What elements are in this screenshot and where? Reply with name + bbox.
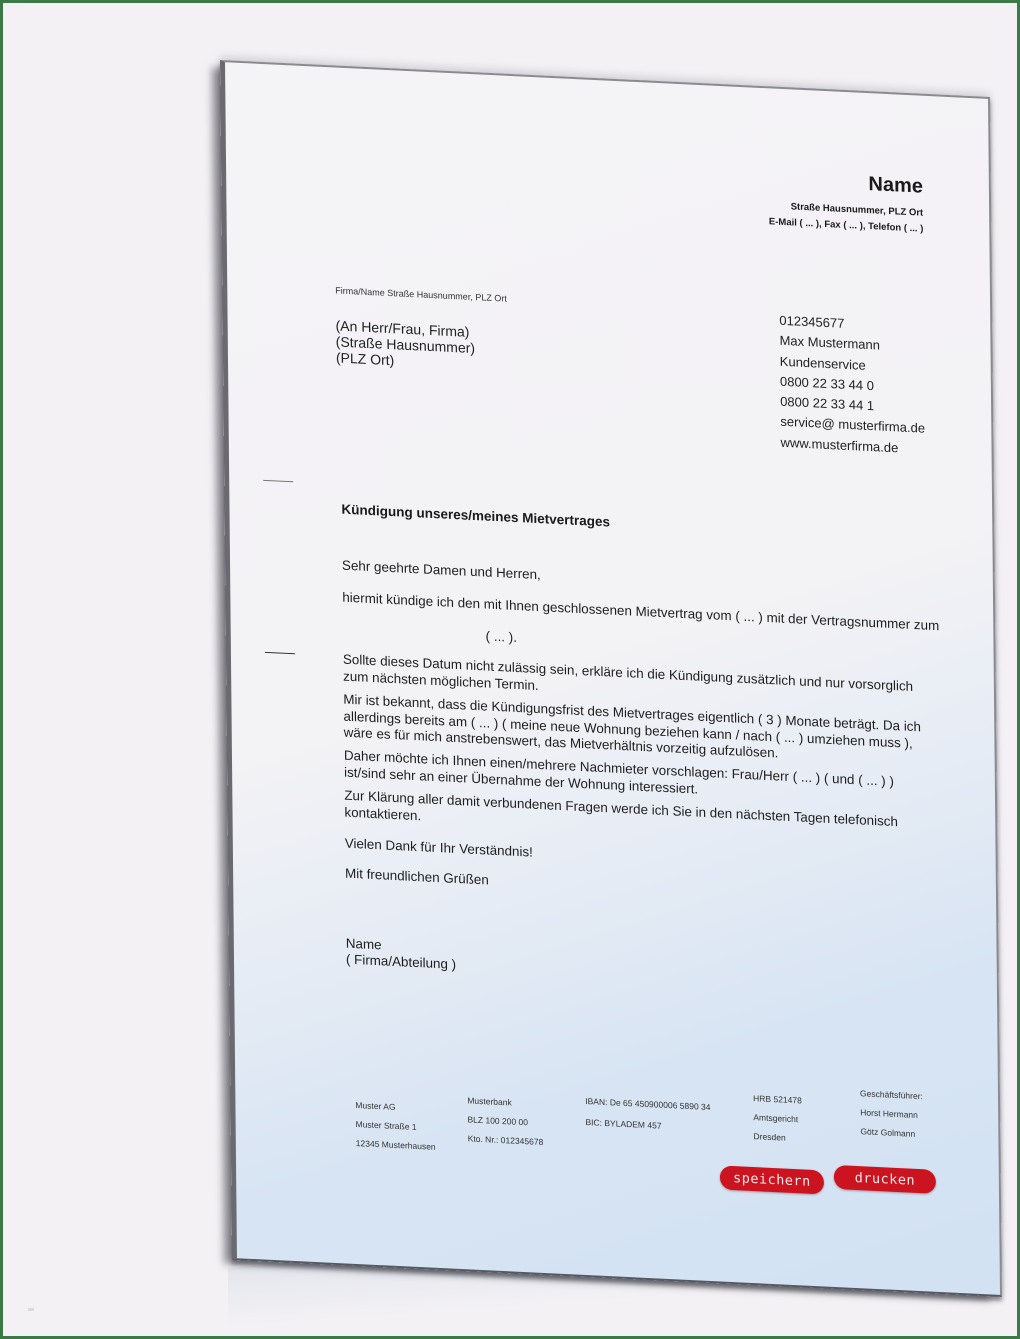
print-button[interactable]: drucken [834, 1165, 936, 1194]
footer-text: HRB 521478 [753, 1089, 802, 1110]
footer-text: Dresden [753, 1127, 802, 1148]
return-address: Firma/Name Straße Hausnummer, PLZ Ort [335, 285, 507, 303]
footer-bank: Musterbank BLZ 100 200 00 Kto. Nr.: 0123… [467, 1091, 543, 1152]
footer-company: Muster AG Muster Straße 1 12345 Musterha… [355, 1096, 435, 1157]
hole-punch-mark [265, 652, 295, 654]
document-preview-stage: Name Straße Hausnummer, PLZ Ort E-Mail (… [0, 0, 1020, 1339]
fold-mark [263, 480, 293, 482]
letter-page: Name Straße Hausnummer, PLZ Ort E-Mail (… [220, 60, 1002, 1297]
sender-name: Name [868, 173, 923, 199]
footer-text: Amtsgericht [753, 1108, 802, 1129]
sender-contact: E-Mail ( ... ), Fax ( ... ), Telefon ( .… [769, 216, 924, 234]
footer-management: Geschäftsführer: Horst Hermann Götz Golm… [860, 1084, 923, 1144]
reference-info-block: 012345677 Max Mustermann Kundenservice 0… [779, 311, 925, 460]
date-placeholder: ( ... ). [486, 628, 517, 646]
save-button[interactable]: speichern [720, 1165, 824, 1194]
footer-text: 12345 Musterhausen [356, 1134, 436, 1157]
watermark-mark [28, 1308, 34, 1311]
footer-text: Kto. Nr.: 012345678 [468, 1129, 544, 1152]
recipient-address: (An Herr/Frau, Firma) (Straße Hausnummer… [336, 317, 476, 372]
letter-subject: Kündigung unseres/meines Mietvertrages [341, 502, 610, 530]
footer-text: Götz Golmann [860, 1122, 923, 1144]
footer-iban: IBAN: De 65 450900006 5890 34 BIC: BYLAD… [585, 1091, 711, 1139]
sender-address: Straße Hausnummer, PLZ Ort [791, 201, 924, 218]
footer-register: HRB 521478 Amtsgericht Dresden [753, 1089, 802, 1148]
